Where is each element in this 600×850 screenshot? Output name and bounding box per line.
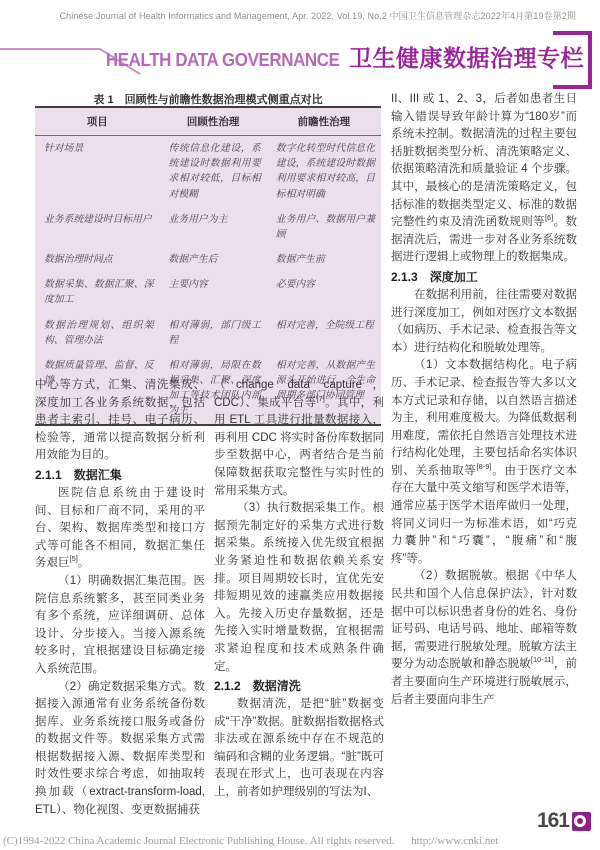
table-cell: 必要内容 [267, 272, 381, 312]
table-cell: 数据产生后 [160, 247, 267, 272]
table-row: 数据治理规划、组织架构、管理办法相对薄弱，部门级工程相对完善，全院级工程 [35, 313, 381, 353]
journal-page: Chinese Journal of Health Informatics an… [0, 0, 600, 850]
cnki-logo-icon [572, 812, 591, 831]
table-cell: 针对场景 [35, 136, 160, 207]
paragraph: （2）数据脱敏。根据《中华人民共和国个人信息保护法》，针对数据中可以标识患者身份… [391, 568, 577, 709]
table-caption: 表 1 回顾性与前瞻性数据治理模式侧重点对比 [35, 91, 381, 107]
copyright-text: (C)1994-2022 China Academic Journal Elec… [3, 835, 394, 847]
table-row: 针对场景传统信息化建设，系统建设时数据利用要求相对较低，目标相对模糊数字化转型时… [35, 136, 381, 207]
banner-title-chinese: 卫生健康数据治理专栏 [349, 40, 584, 73]
section-heading: 2.1.1 数据汇集 [35, 465, 205, 485]
table-header-row: 项目回顾性治理前瞻性治理 [35, 107, 381, 136]
banner-title-english: HEALTH DATA GOVERNANCE [106, 50, 340, 71]
journal-header: Chinese Journal of Health Informatics an… [0, 9, 576, 22]
page-number: 161 [537, 809, 569, 833]
paragraph: 医院信息系统由于建设时间、目标和厂商不同，采用的平台、架构、数据库类型和接口方式… [35, 485, 205, 573]
table-header-cell: 回顾性治理 [160, 107, 267, 136]
section-heading: 2.1.3 深度加工 [391, 267, 577, 287]
text-column-middle: （change data capture，CDC）、集成平台等[7]。其中，利用… [214, 377, 384, 802]
table-row: 数据治理时间点数据产生后数据产生前 [35, 247, 381, 272]
paragraph: （1）文本数据结构化。电子病历、手术记录、检查报告等大多以文本方式记录和存储，以… [391, 357, 577, 568]
text-column-right: II、III 或 1、2、3，后者如患者生日输入错误导致年龄计算为“180岁”而… [391, 91, 577, 709]
page-number-block: 161 [537, 809, 591, 833]
paragraph: （2）确定数据采集方式。数据接入源通常有业务系统备份数据库、业务系统接口服务或备… [35, 679, 205, 820]
table-row: 数据采集、数据汇聚、深度加工主要内容必要内容 [35, 272, 381, 312]
logo-dot [577, 818, 583, 824]
paragraph: 数据清洗，是把“脏”数据变成“干净”数据。脏数据指数据格式非法或在源系统中存在不… [214, 696, 384, 802]
table-cell: 数据治理时间点 [35, 247, 160, 272]
section-heading: 2.1.2 数据清洗 [214, 676, 384, 696]
banner-title: HEALTH DATA GOVERNANCE 卫生健康数据治理专栏 [91, 40, 584, 73]
table-cell: 业务用户、数据用户兼顾 [267, 207, 381, 247]
paragraph: （3）执行数据采集工作。根据预先制定好的采集方式进行数据采集。系统接入优先级宜根… [214, 500, 384, 676]
table-cell: 业务用户为主 [160, 207, 267, 247]
table-header-cell: 项目 [35, 107, 160, 136]
paragraph: （change data capture，CDC）、集成平台等[7]。其中，利用… [214, 377, 384, 500]
table-cell: 传统信息化建设，系统建设时数据利用要求相对较低，目标相对模糊 [160, 136, 267, 207]
paragraph: II、III 或 1、2、3，后者如患者生日输入错误导致年龄计算为“180岁”而… [391, 91, 577, 267]
paragraph: 中心等方式，汇集、清洗集成、深度加工各业务系统数据，包括患者主索引、挂号、电子病… [35, 377, 205, 465]
footer-url: http://www.cnki.net [411, 835, 498, 847]
table-cell: 数据治理规划、组织架构、管理办法 [35, 313, 160, 353]
table-cell: 数字化转型时代信息化建设，系统建设时数据利用要求相对较高，目标相对明确 [267, 136, 381, 207]
table-cell: 数据采集、数据汇聚、深度加工 [35, 272, 160, 312]
table-cell: 相对薄弱，部门级工程 [160, 313, 267, 353]
column-banner: HEALTH DATA GOVERNANCE 卫生健康数据治理专栏 [0, 28, 600, 92]
table-cell: 业务系统建设时目标用户 [35, 207, 160, 247]
footer: (C)1994-2022 China Academic Journal Elec… [3, 835, 600, 847]
text-column-left: 中心等方式，汇集、清洗集成、深度加工各业务系统数据，包括患者主索引、挂号、电子病… [35, 377, 205, 819]
table-header-cell: 前瞻性治理 [267, 107, 381, 136]
table-cell: 主要内容 [160, 272, 267, 312]
paragraph: 在数据利用前，往往需要对数据进行深度加工，例如对医疗文本数据（如病历、手术记录、… [391, 287, 577, 357]
table-row: 业务系统建设时目标用户业务用户为主业务用户、数据用户兼顾 [35, 207, 381, 247]
table-cell: 相对完善，全院级工程 [267, 313, 381, 353]
paragraph: （1）明确数据汇集范围。医院信息系统繁多，甚至同类业务有多个系统，应详细调研、总… [35, 573, 205, 679]
table-cell: 数据产生前 [267, 247, 381, 272]
